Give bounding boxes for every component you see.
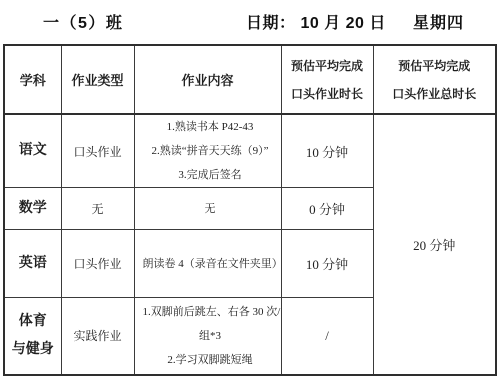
class-name: 一（5）班 <box>43 10 123 33</box>
homework-table: 学科 作业类型 作业内容 预估平均完成 口头作业时长 预估平均完成 口头作业总时… <box>3 44 497 376</box>
subject-line: 数学 <box>5 195 61 223</box>
content-line: 无 <box>143 197 278 221</box>
homework-sheet: 一（5）班 日期： 10 月 20 日 星期四 学科 作业类型 作业内容 预估平… <box>0 0 500 381</box>
duration-cell: 0 分钟 <box>281 188 373 230</box>
content-cell: 朗读卷 4（录音在文件夹里） <box>134 230 281 298</box>
subject-cell: 数学 <box>4 188 61 230</box>
type-cell: 实践作业 <box>61 298 134 375</box>
header-duration-line: 预估平均完成 <box>282 52 373 80</box>
duration-cell: 10 分钟 <box>281 114 373 188</box>
type-cell: 无 <box>61 188 134 230</box>
header-cell-type: 作业类型 <box>61 45 134 114</box>
content-cell: 1.双脚前后跳左、右各 30 次/ 组*3 2.学习双脚跳短绳 <box>134 298 281 375</box>
header-cell-subject: 学科 <box>4 45 61 114</box>
subject-line: 语文 <box>5 137 61 165</box>
total-duration-cell: 20 分钟 <box>373 114 496 375</box>
sheet-title-bar: 一（5）班 日期： 10 月 20 日 星期四 <box>0 0 500 44</box>
weekday-label: 星期四 <box>413 10 464 33</box>
subject-line: 英语 <box>5 250 61 278</box>
content-line: 朗读卷 4（录音在文件夹里） <box>143 252 278 276</box>
header-cell-total: 预估平均完成 口头作业总时长 <box>373 45 496 114</box>
subject-cell: 英语 <box>4 230 61 298</box>
type-cell: 口头作业 <box>61 230 134 298</box>
content-line: 2.学习双脚跳短绳 <box>143 348 278 372</box>
content-line: 2.熟读“拼音天天练（9）” <box>143 139 278 163</box>
date-label: 日期： 10 月 20 日 <box>246 10 386 33</box>
content-cell: 1.熟读书本 P42-43 2.熟读“拼音天天练（9）” 3.完成后签名 <box>134 114 281 188</box>
duration-cell: 10 分钟 <box>281 230 373 298</box>
content-cell: 无 <box>134 188 281 230</box>
header-total-line: 预估平均完成 <box>374 52 496 80</box>
subject-cell: 体育 与健身 <box>4 298 61 375</box>
content-line: 1.双脚前后跳左、右各 30 次/ <box>143 300 278 324</box>
subject-cell: 语文 <box>4 114 61 188</box>
header-cell-duration: 预估平均完成 口头作业时长 <box>281 45 373 114</box>
table-row-chinese: 语文 口头作业 1.熟读书本 P42-43 2.熟读“拼音天天练（9）” 3.完… <box>4 114 496 188</box>
type-cell: 口头作业 <box>61 114 134 188</box>
header-total-line: 口头作业总时长 <box>374 80 496 108</box>
subject-line: 与健身 <box>5 336 61 364</box>
subject-line: 体育 <box>5 308 61 336</box>
header-duration-line: 口头作业时长 <box>282 80 373 108</box>
content-line: 3.完成后签名 <box>143 163 278 187</box>
duration-cell: / <box>281 298 373 375</box>
header-cell-content: 作业内容 <box>134 45 281 114</box>
content-line: 组*3 <box>143 324 278 348</box>
content-line: 1.熟读书本 P42-43 <box>143 115 278 139</box>
table-header-row: 学科 作业类型 作业内容 预估平均完成 口头作业时长 预估平均完成 口头作业总时… <box>4 45 496 114</box>
